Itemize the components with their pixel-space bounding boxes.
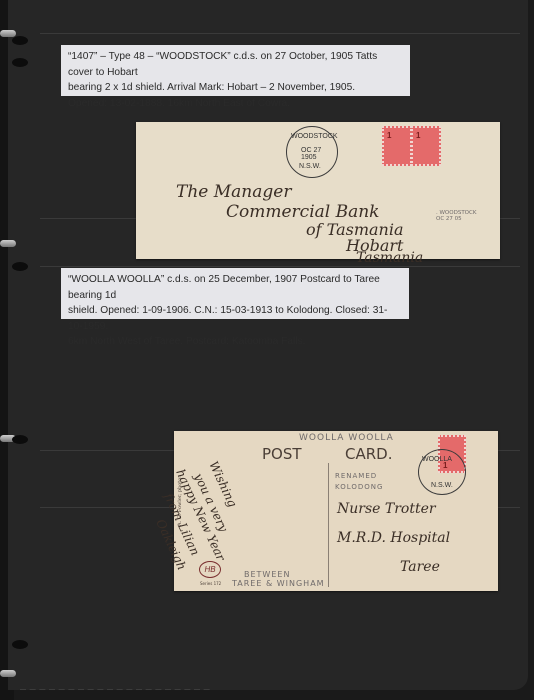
postmark-state: N.S.W.: [299, 163, 321, 170]
caption-line: 6km North West of Taree. Postcard: Katoo…: [68, 334, 402, 350]
address-line: Nurse Trotter: [337, 501, 436, 517]
pencil-town: WOOLLA WOOLLA: [299, 433, 394, 443]
address-line: Commercial Bank: [226, 202, 379, 222]
caption-line: Opened: 13-02-1888. 16km North East of C…: [68, 96, 403, 112]
postmark-date: OC 27 1905: [301, 147, 337, 161]
note-line: RENAMED: [335, 471, 383, 482]
caption-line: shield. Opened: 1-09-1906. C.N.: 15-03-1…: [68, 303, 402, 334]
punch-hole: [12, 262, 28, 271]
woolla-postcard: WOOLLA WOOLLA POST CARD. 1 WOOLLA N.S.W.…: [174, 431, 498, 591]
punch-hole: [12, 36, 28, 45]
stamp-1d-shield: 1: [382, 126, 412, 166]
postcard-divider: [328, 463, 329, 587]
backstamp-line: OC 27 05: [436, 216, 476, 222]
printed-post: POST: [262, 445, 302, 463]
address-line: Taree: [400, 559, 440, 575]
woodstock-cover: WOODSTOCK OC 27 1905 N.S.W. 1 1 The Mana…: [136, 122, 500, 259]
strip-divider: [40, 33, 520, 34]
page-footer-text: — — — — — — — — — — — — — — — — — — — —: [20, 687, 211, 693]
address-line: Tasmania: [356, 250, 423, 266]
address-line: The Manager: [176, 182, 291, 202]
pencil-location: TAREE & WINGHAM: [232, 579, 325, 588]
binder-ring: [0, 240, 16, 247]
address-line: M.R.D. Hospital: [337, 530, 450, 546]
punch-hole: [12, 640, 28, 649]
caption-woodstock: “1407” – Type 48 – “WOODSTOCK” c.d.s. on…: [61, 45, 410, 96]
punch-hole: [12, 435, 28, 444]
postmark-town: WOOLLA: [422, 456, 452, 463]
note-line: KOLODONG: [335, 482, 383, 493]
caption-line: “WOOLLA WOOLLA” c.d.s. on 25 December, 1…: [68, 272, 402, 303]
strip-divider: [40, 266, 520, 267]
backstamp-note: . WOODSTOCK OC 27 05: [436, 210, 476, 222]
pencil-renamed-note: RENAMED KOLODONG: [335, 471, 383, 493]
binder-ring: [0, 670, 16, 677]
woodstock-postmark: WOODSTOCK OC 27 1905 N.S.W.: [286, 126, 338, 178]
punch-hole: [12, 58, 28, 67]
caption-line: bearing 2 x 1d shield. Arrival Mark: Hob…: [68, 80, 403, 96]
postmark-town: WOODSTOCK: [291, 133, 338, 140]
postmark-state: N.S.W.: [431, 482, 453, 489]
series-label: Series 172: [200, 581, 221, 586]
woolla-postmark: WOOLLA N.S.W.: [418, 449, 466, 495]
printed-card: CARD.: [345, 445, 392, 463]
printer-credit: A. G. Fowler, photo.: [177, 476, 183, 526]
stamp-1d-shield: 1: [411, 126, 441, 166]
binder-ring: [0, 30, 16, 37]
publisher-logo: HB: [199, 561, 221, 578]
pencil-between: BETWEEN: [244, 570, 290, 579]
caption-line: “1407” – Type 48 – “WOODSTOCK” c.d.s. on…: [68, 49, 403, 80]
stamp-value: 1: [416, 131, 420, 140]
caption-woolla-woolla: “WOOLLA WOOLLA” c.d.s. on 25 December, 1…: [61, 268, 409, 319]
stamp-value: 1: [387, 131, 391, 140]
